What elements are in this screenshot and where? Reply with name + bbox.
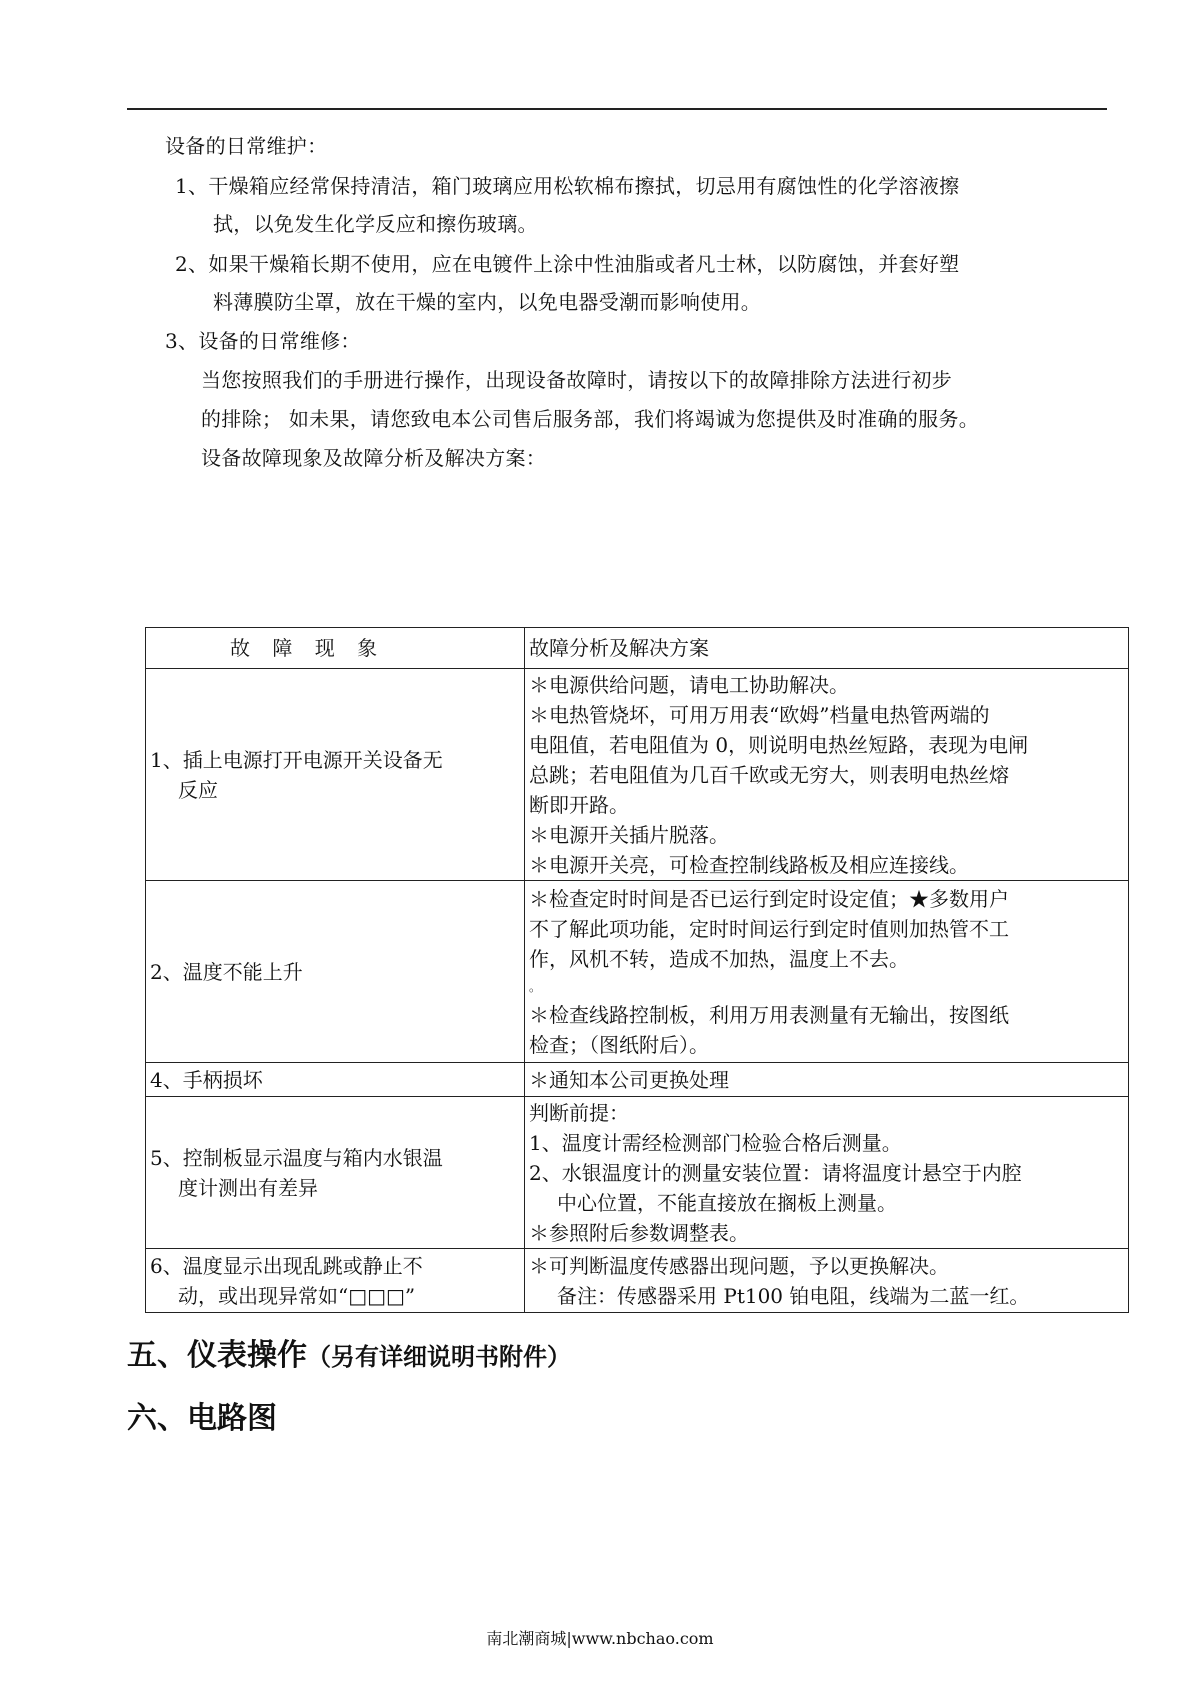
fault-table: 故 障 现 象 故障分析及解决方案 1、插上电源打开电源开关设备无 反应 ＊电源… [145, 627, 1129, 1313]
table-row: 2、温度不能上升 ＊检查定时时间是否已运行到定时设定值；★多数用户 不了解此项功… [146, 881, 1129, 1063]
symptom-cell: 1、插上电源打开电源开关设备无 反应 [146, 669, 525, 881]
section-five-heading: 五、仪表操作（另有详细说明书附件） [127, 1330, 571, 1374]
maintenance-item-3-line1: 当您按照我们的手册进行操作，出现设备故障时，请按以下的故障排除方法进行初步 [201, 368, 952, 392]
table-row: 5、控制板显示温度与箱内水银温 度计测出有差异 判断前提： 1、温度计需经检测部… [146, 1097, 1129, 1249]
solution-cell: ＊检查定时时间是否已运行到定时设定值；★多数用户 不了解此项功能，定时时间运行到… [525, 881, 1129, 1063]
table-row: 6、温度显示出现乱跳或静止不 动，或出现异常如“□□□” ＊可判断温度传感器出现… [146, 1249, 1129, 1313]
maintenance-item-1-cont: 拭，以免发生化学反应和擦伤玻璃。 [213, 212, 538, 236]
table-header-row: 故 障 现 象 故障分析及解决方案 [146, 628, 1129, 669]
maintenance-item-3-line3: 设备故障现象及故障分析及解决方案： [201, 446, 546, 470]
symptom-cell: 5、控制板显示温度与箱内水银温 度计测出有差异 [146, 1097, 525, 1249]
symptom-cell: 6、温度显示出现乱跳或静止不 动，或出现异常如“□□□” [146, 1249, 525, 1313]
maintenance-title: 设备的日常维护： [165, 134, 327, 158]
header-rule [127, 108, 1107, 110]
solution-cell: 判断前提： 1、温度计需经检测部门检验合格后测量。 2、水银温度计的测量安装位置… [525, 1097, 1129, 1249]
header-solution: 故障分析及解决方案 [525, 628, 1129, 669]
table-row: 1、插上电源打开电源开关设备无 反应 ＊电源供给问题，请电工协助解决。 ＊电热管… [146, 669, 1129, 881]
symptom-cell: 4、手柄损坏 [146, 1063, 525, 1097]
table-row: 4、手柄损坏 ＊通知本公司更换处理 [146, 1063, 1129, 1097]
maintenance-item-1: 1、干燥箱应经常保持清洁，箱门玻璃应用松软棉布擦拭，切忌用有腐蚀性的化学溶液擦 [175, 174, 959, 198]
solution-cell: ＊可判断温度传感器出现问题，予以更换解决。 备注：传感器采用 Pt100 铂电阻… [525, 1249, 1129, 1313]
solution-cell: ＊电源供给问题，请电工协助解决。 ＊电热管烧坏，可用万用表“欧姆”档量电热管两端… [525, 669, 1129, 881]
maintenance-item-2-cont: 料薄膜防尘罩，放在干燥的室内，以免电器受潮而影响使用。 [213, 290, 761, 314]
symptom-cell: 2、温度不能上升 [146, 881, 525, 1063]
header-symptom: 故 障 现 象 [146, 628, 525, 669]
maintenance-item-2: 2、如果干燥箱长期不使用，应在电镀件上涂中性油脂或者凡士林，以防腐蚀，并套好塑 [175, 252, 959, 276]
section-six-heading: 六、电路图 [127, 1393, 277, 1437]
maintenance-item-3-title: 3、设备的日常维修： [165, 329, 361, 353]
maintenance-item-3-line2: 的排除； 如未果，请您致电本公司售后服务部，我们将竭诚为您提供及时准确的服务。 [201, 407, 979, 431]
solution-cell: ＊通知本公司更换处理 [525, 1063, 1129, 1097]
footer-link[interactable]: 南北潮商城|www.nbchao.com [0, 1626, 1200, 1649]
